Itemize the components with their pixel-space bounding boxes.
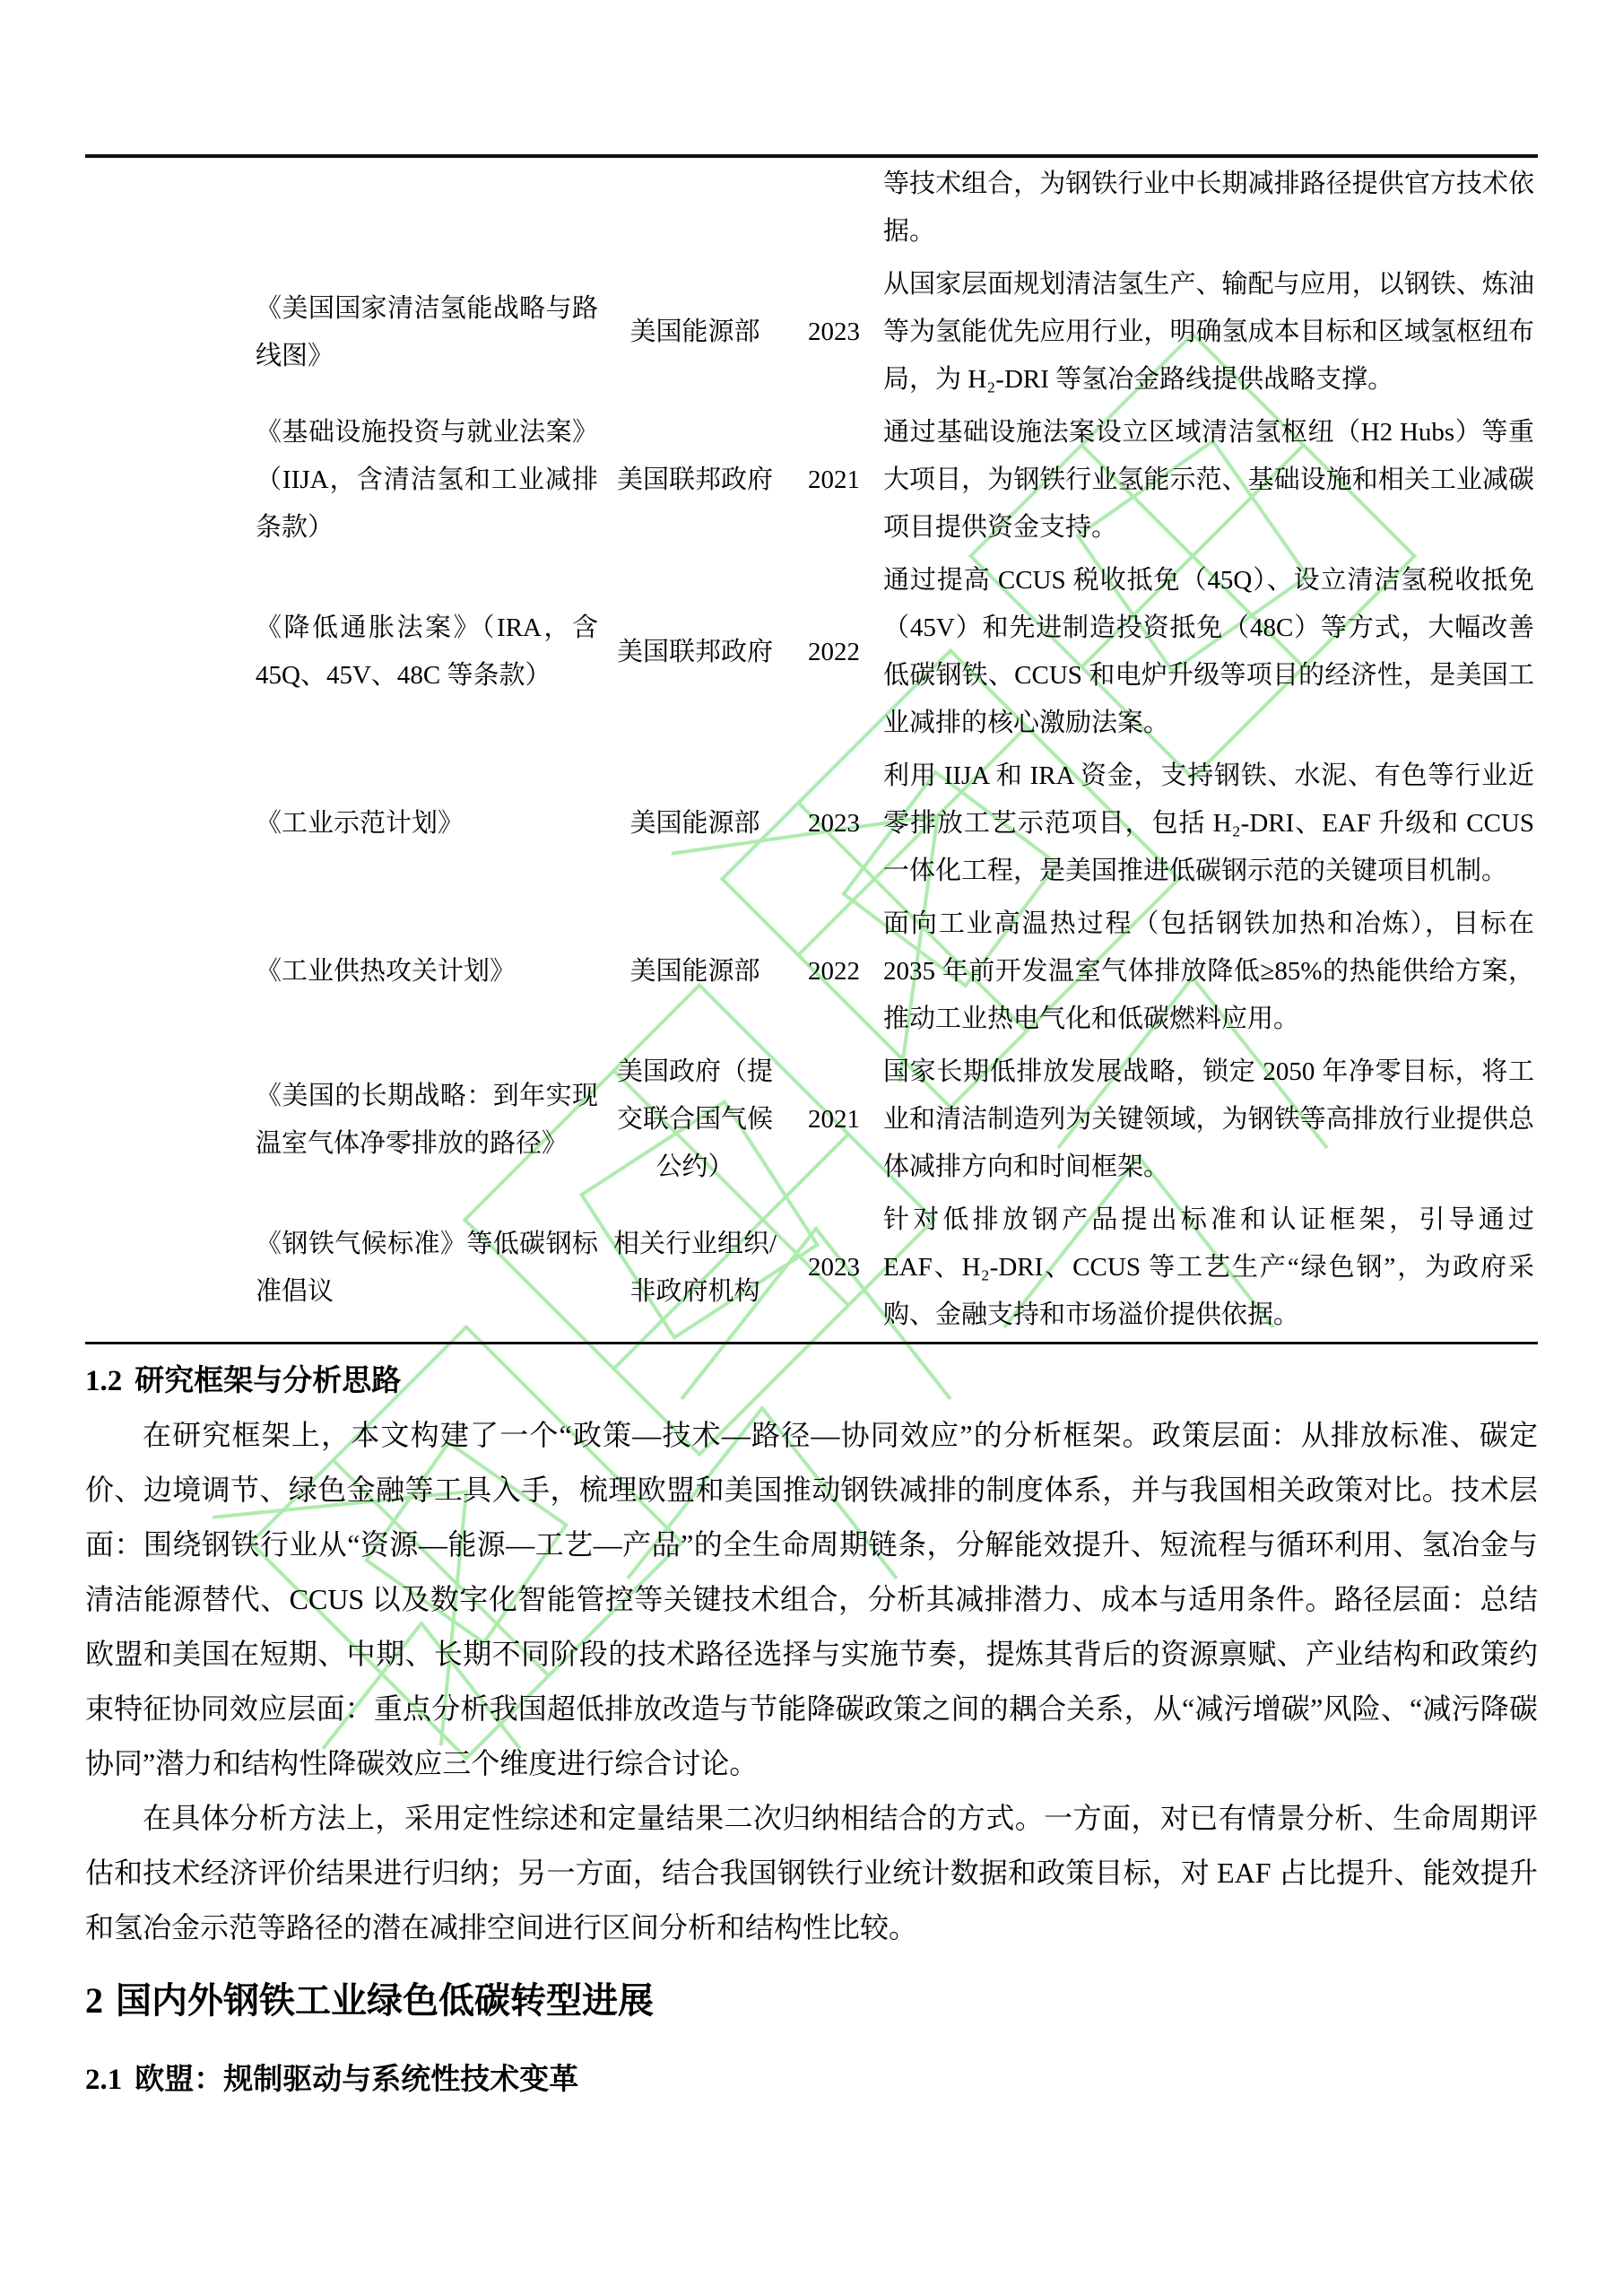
section-number: 2 (85, 1980, 103, 2021)
cell-name: 《基础设施投资与就业法案》（IIJA，含清洁氢和工业减排条款） (85, 406, 605, 554)
cell-desc: 针对低排放钢产品提出标准和认证框架，引导通过 EAF、H₂-DRI、CCUS 等… (883, 1194, 1538, 1344)
table-row: 《降低通胀法案》（IRA，含 45Q、45V、48C 等条款）美国联邦政府202… (85, 554, 1538, 750)
cell-desc: 通过提高 CCUS 税收抵免（45Q）、设立清洁氢税收抵免（45V）和先进制造投… (883, 554, 1538, 750)
cell-agency: 美国能源部 (605, 898, 785, 1046)
table-row: 《工业示范计划》美国能源部2023利用 IIJA 和 IRA 资金，支持钢铁、水… (85, 750, 1538, 898)
cell-year: 2022 (785, 554, 883, 750)
cell-agency: 美国联邦政府 (605, 406, 785, 554)
cell-agency: 美国政府（提交联合国气候公约） (605, 1046, 785, 1194)
page-content: 等技术组合，为钢铁行业中长期减排路径提供官方技术依据。《美国国家清洁氢能战略与路… (85, 154, 1538, 2098)
table-row: 《工业供热攻关计划》美国能源部2022面向工业高温热过程（包括钢铁加热和冶炼），… (85, 898, 1538, 1046)
section-title: 欧盟：规制驱动与系统性技术变革 (135, 2062, 578, 2095)
cell-year: 2023 (785, 1194, 883, 1344)
table-row: 等技术组合，为钢铁行业中长期减排路径提供官方技术依据。 (85, 156, 1538, 258)
table-row: 《基础设施投资与就业法案》（IIJA，含清洁氢和工业减排条款）美国联邦政府202… (85, 406, 1538, 554)
cell-name: 《工业示范计划》 (85, 750, 605, 898)
cell-desc: 国家长期低排放发展战略，锁定 2050 年净零目标，将工业和清洁制造列为关键领域… (883, 1046, 1538, 1194)
cell-desc: 通过基础设施法案设立区域清洁氢枢纽（H2 Hubs）等重大项目，为钢铁行业氢能示… (883, 406, 1538, 554)
cell-desc: 利用 IIJA 和 IRA 资金，支持钢铁、水泥、有色等行业近零排放工艺示范项目… (883, 750, 1538, 898)
cell-name: 《钢铁气候标准》等低碳钢标准倡议 (85, 1194, 605, 1344)
cell-agency: 美国能源部 (605, 258, 785, 406)
paragraph-methods: 在具体分析方法上，采用定性综述和定量结果二次归纳相结合的方式。一方面，对已有情景… (85, 1791, 1538, 1955)
cell-year: 2023 (785, 258, 883, 406)
table-row: 《钢铁气候标准》等低碳钢标准倡议相关行业组织/非政府机构2023针对低排放钢产品… (85, 1194, 1538, 1344)
section-title: 研究框架与分析思路 (135, 1363, 401, 1396)
section-number: 2.1 (85, 2064, 122, 2096)
cell-name: 《美国的长期战略：到年实现温室气体净零排放的路径》 (85, 1046, 605, 1194)
cell-year: 2021 (785, 1046, 883, 1194)
table-row: 《美国国家清洁氢能战略与路线图》美国能源部2023从国家层面规划清洁氢生产、输配… (85, 258, 1538, 406)
policy-table-body: 等技术组合，为钢铁行业中长期减排路径提供官方技术依据。《美国国家清洁氢能战略与路… (85, 156, 1538, 1344)
cell-agency: 相关行业组织/非政府机构 (605, 1194, 785, 1344)
section-title: 国内外钢铁工业绿色低碳转型进展 (116, 1981, 654, 2021)
cell-agency: 美国联邦政府 (605, 554, 785, 750)
cell-desc: 面向工业高温热过程（包括钢铁加热和冶炼），目标在 2035 年前开发温室气体排放… (883, 898, 1538, 1046)
policy-table: 等技术组合，为钢铁行业中长期减排路径提供官方技术依据。《美国国家清洁氢能战略与路… (85, 154, 1538, 1344)
cell-year (785, 156, 883, 258)
cell-agency: 美国能源部 (605, 750, 785, 898)
table-row: 《美国的长期战略：到年实现温室气体净零排放的路径》美国政府（提交联合国气候公约）… (85, 1046, 1538, 1194)
cell-desc: 等技术组合，为钢铁行业中长期减排路径提供官方技术依据。 (883, 156, 1538, 258)
cell-name (85, 156, 605, 258)
section-heading-1-2: 1.2研究框架与分析思路 (85, 1357, 1538, 1399)
section-heading-2-1: 2.1欧盟：规制驱动与系统性技术变革 (85, 2056, 1538, 2098)
section-number: 1.2 (85, 1365, 122, 1397)
paragraph-framework: 在研究框架上，本文构建了一个“政策—技术—路径—协同效应”的分析框架。政策层面：… (85, 1408, 1538, 1791)
cell-agency (605, 156, 785, 258)
document-page: 等技术组合，为钢铁行业中长期减排路径提供官方技术依据。《美国国家清洁氢能战略与路… (0, 0, 1623, 2296)
cell-name: 《降低通胀法案》（IRA，含 45Q、45V、48C 等条款） (85, 554, 605, 750)
cell-name: 《工业供热攻关计划》 (85, 898, 605, 1046)
section-heading-2: 2国内外钢铁工业绿色低碳转型进展 (85, 1979, 1538, 2023)
cell-desc: 从国家层面规划清洁氢生产、输配与应用，以钢铁、炼油等为氢能优先应用行业，明确氢成… (883, 258, 1538, 406)
cell-name: 《美国国家清洁氢能战略与路线图》 (85, 258, 605, 406)
cell-year: 2022 (785, 898, 883, 1046)
cell-year: 2023 (785, 750, 883, 898)
cell-year: 2021 (785, 406, 883, 554)
